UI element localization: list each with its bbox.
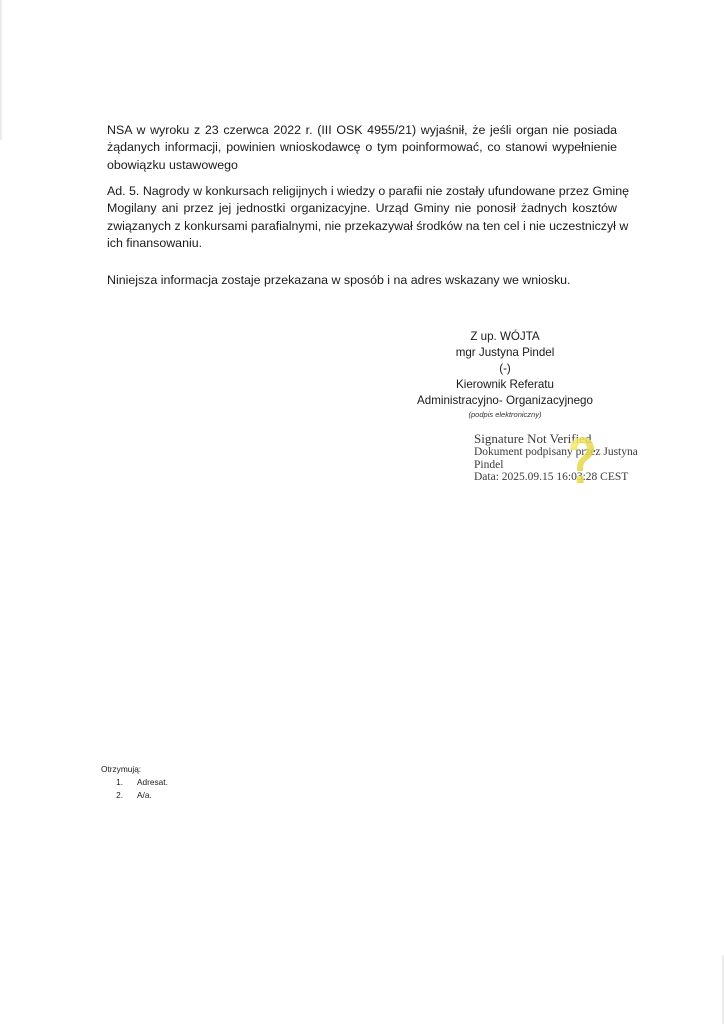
text-line: Niniejsza informacja zostaje przekazana … bbox=[107, 272, 577, 289]
signature-on-behalf: Z up. WÓJTA bbox=[400, 329, 610, 345]
list-item-number: 1. bbox=[101, 776, 137, 789]
paragraph-closing: Niniejsza informacja zostaje przekazana … bbox=[107, 272, 577, 289]
paragraph-nsa-ruling: NSA w wyroku z 23 czerwca 2022 r. (III O… bbox=[107, 122, 617, 174]
text-line: Mogilany ani przez jej jednostki organiz… bbox=[107, 200, 617, 217]
question-mark-icon bbox=[566, 436, 596, 492]
list-item-text: A/a. bbox=[137, 789, 152, 802]
recipients-list: Otrzymują: 1. Adresat. 2. A/a. bbox=[101, 763, 168, 802]
signature-position-line2: Administracyjno- Organizacyjnego bbox=[400, 393, 610, 409]
list-item-text: Adresat. bbox=[137, 776, 168, 789]
list-item: 2. A/a. bbox=[101, 789, 168, 802]
recipients-label: Otrzymują: bbox=[101, 763, 168, 776]
page-edge-shadow bbox=[0, 0, 3, 140]
paragraph-ad-5: Ad. 5. Nagrody w konkursach religijnych … bbox=[107, 183, 617, 252]
text-line: związanych z konkursami parafialnymi, ni… bbox=[107, 218, 617, 235]
signature-mark: (-) bbox=[400, 361, 610, 377]
text-line: żądanych informacji, powinien wnioskodaw… bbox=[107, 139, 617, 156]
signature-name: mgr Justyna Pindel bbox=[400, 345, 610, 361]
text-line: NSA w wyroku z 23 czerwca 2022 r. (III O… bbox=[107, 122, 617, 139]
list-item-number: 2. bbox=[101, 789, 137, 802]
text-line: Ad. 5. Nagrody w konkursach religijnych … bbox=[107, 183, 617, 200]
list-item: 1. Adresat. bbox=[101, 776, 168, 789]
signature-note: (podpis elektroniczny) bbox=[400, 409, 610, 420]
signature-position-line1: Kierownik Referatu bbox=[400, 377, 610, 393]
text-line: obowiązku ustawowego bbox=[107, 157, 617, 174]
signature-block: Z up. WÓJTA mgr Justyna Pindel (-) Kiero… bbox=[400, 329, 610, 420]
text-line: ich finansowaniu. bbox=[107, 235, 617, 252]
